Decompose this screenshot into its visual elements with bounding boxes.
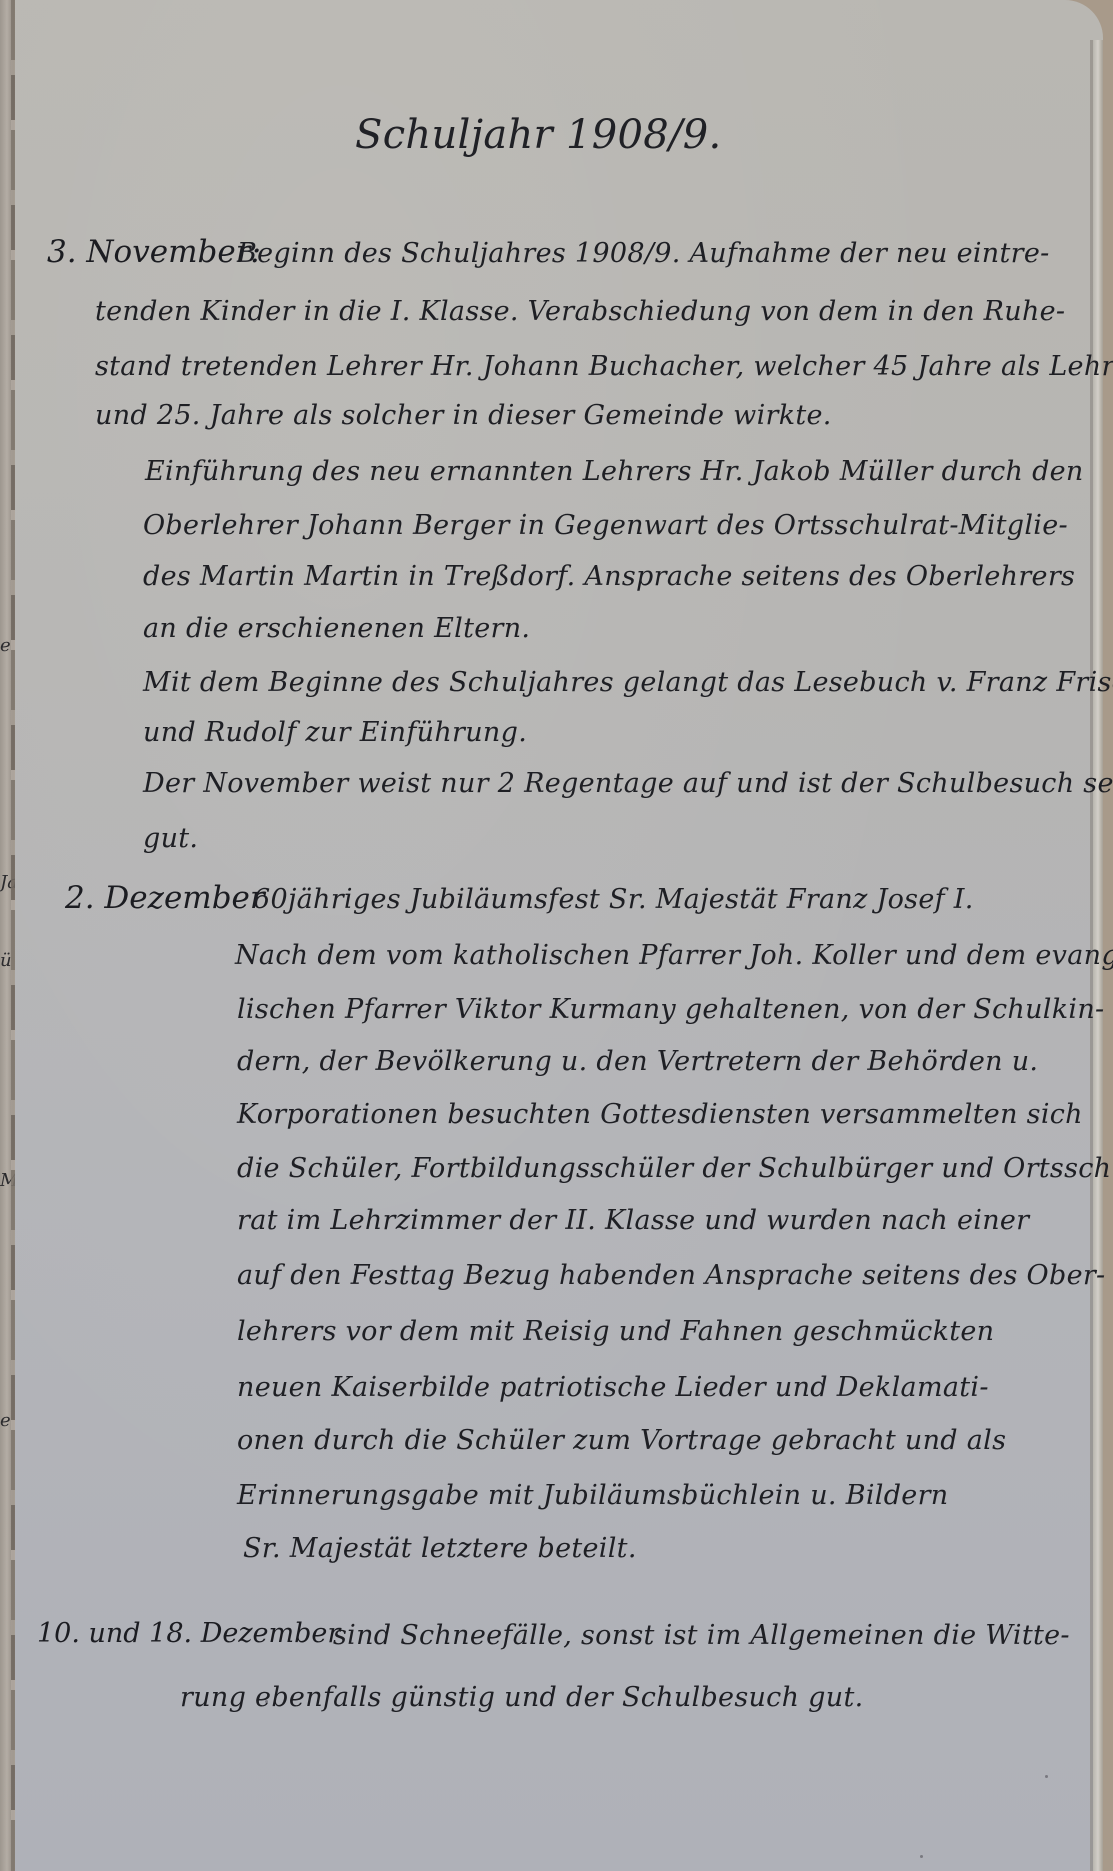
paper-speck (265, 1700, 268, 1703)
entry-line: Erinnerungsgabe mit Jubiläumsbüchlein u.… (237, 1480, 948, 1511)
entry-date-10-18-dezember: 10. und 18. Dezember (37, 1618, 340, 1649)
entry-line: sind Schneefälle, sonst ist im Allgemein… (333, 1620, 1070, 1651)
entry-line: und Rudolf zur Einführung. (143, 717, 527, 748)
entry-line: gut. (143, 823, 198, 854)
entry-line: und 25. Jahre als solcher in dieser Geme… (95, 400, 832, 431)
document-scan: e Ja ü M e Schuljahr 1908/9. 3. November… (0, 0, 1113, 1871)
margin-fragment: e (0, 1410, 11, 1431)
entry-line: lehrers vor dem mit Reisig und Fahnen ge… (237, 1316, 994, 1347)
entry-line: dern, der Bevölkerung u. den Vertretern … (237, 1046, 1038, 1077)
entry-line: rat im Lehrzimmer der II. Klasse und wur… (237, 1205, 1029, 1236)
entry-line: die Schüler, Fortbildungsschüler der Sch… (237, 1153, 1113, 1184)
margin-fragment: ü (0, 950, 12, 971)
entry-line: lischen Pfarrer Viktor Kurmany gehaltene… (237, 994, 1104, 1025)
entry-line: Beginn des Schuljahres 1908/9. Aufnahme … (237, 238, 1050, 269)
entry-line: Oberlehrer Johann Berger in Gegenwart de… (143, 510, 1068, 541)
entry-line: Einführung des neu ernannten Lehrers Hr.… (145, 456, 1084, 487)
entry-line: Sr. Majestät letztere beteilt. (243, 1533, 637, 1564)
entry-line: auf den Festtag Bezug habenden Ansprache… (237, 1260, 1105, 1291)
margin-fragment: e (0, 635, 11, 656)
paper-speck (920, 1855, 923, 1858)
paper-speck (1045, 1775, 1048, 1778)
entry-line: tenden Kinder in die I. Klasse. Verabsch… (95, 296, 1065, 327)
entry-line: an die erschienenen Eltern. (143, 613, 530, 644)
entry-line: des Martin Martin in Treßdorf. Ansprache… (143, 561, 1075, 592)
entry-line: rung ebenfalls günstig und der Schulbesu… (180, 1682, 863, 1713)
entry-line: Mit dem Beginne des Schuljahres gelangt … (143, 667, 1113, 698)
notebook-page: Schuljahr 1908/9. 3. November: Beginn de… (15, 0, 1103, 1871)
page-title: Schuljahr 1908/9. (355, 112, 722, 158)
entry-line: onen durch die Schüler zum Vortrage gebr… (237, 1425, 1006, 1456)
entry-line: Korporationen besuchten Gottesdiensten v… (237, 1099, 1083, 1130)
entry-line: neuen Kaiserbilde patriotische Lieder un… (237, 1372, 989, 1403)
entry-line: 60jähriges Jubiläumsfest Sr. Majestät Fr… (253, 884, 974, 915)
entry-date-2-dezember: 2. Dezember (65, 880, 265, 916)
entry-line: Der November weist nur 2 Regentage auf u… (143, 768, 1113, 799)
entry-line: stand tretenden Lehrer Hr. Johann Buchac… (95, 351, 1113, 382)
entry-line: Nach dem vom katholischen Pfarrer Joh. K… (235, 940, 1113, 971)
entry-date-3-november: 3. November: (47, 234, 261, 270)
